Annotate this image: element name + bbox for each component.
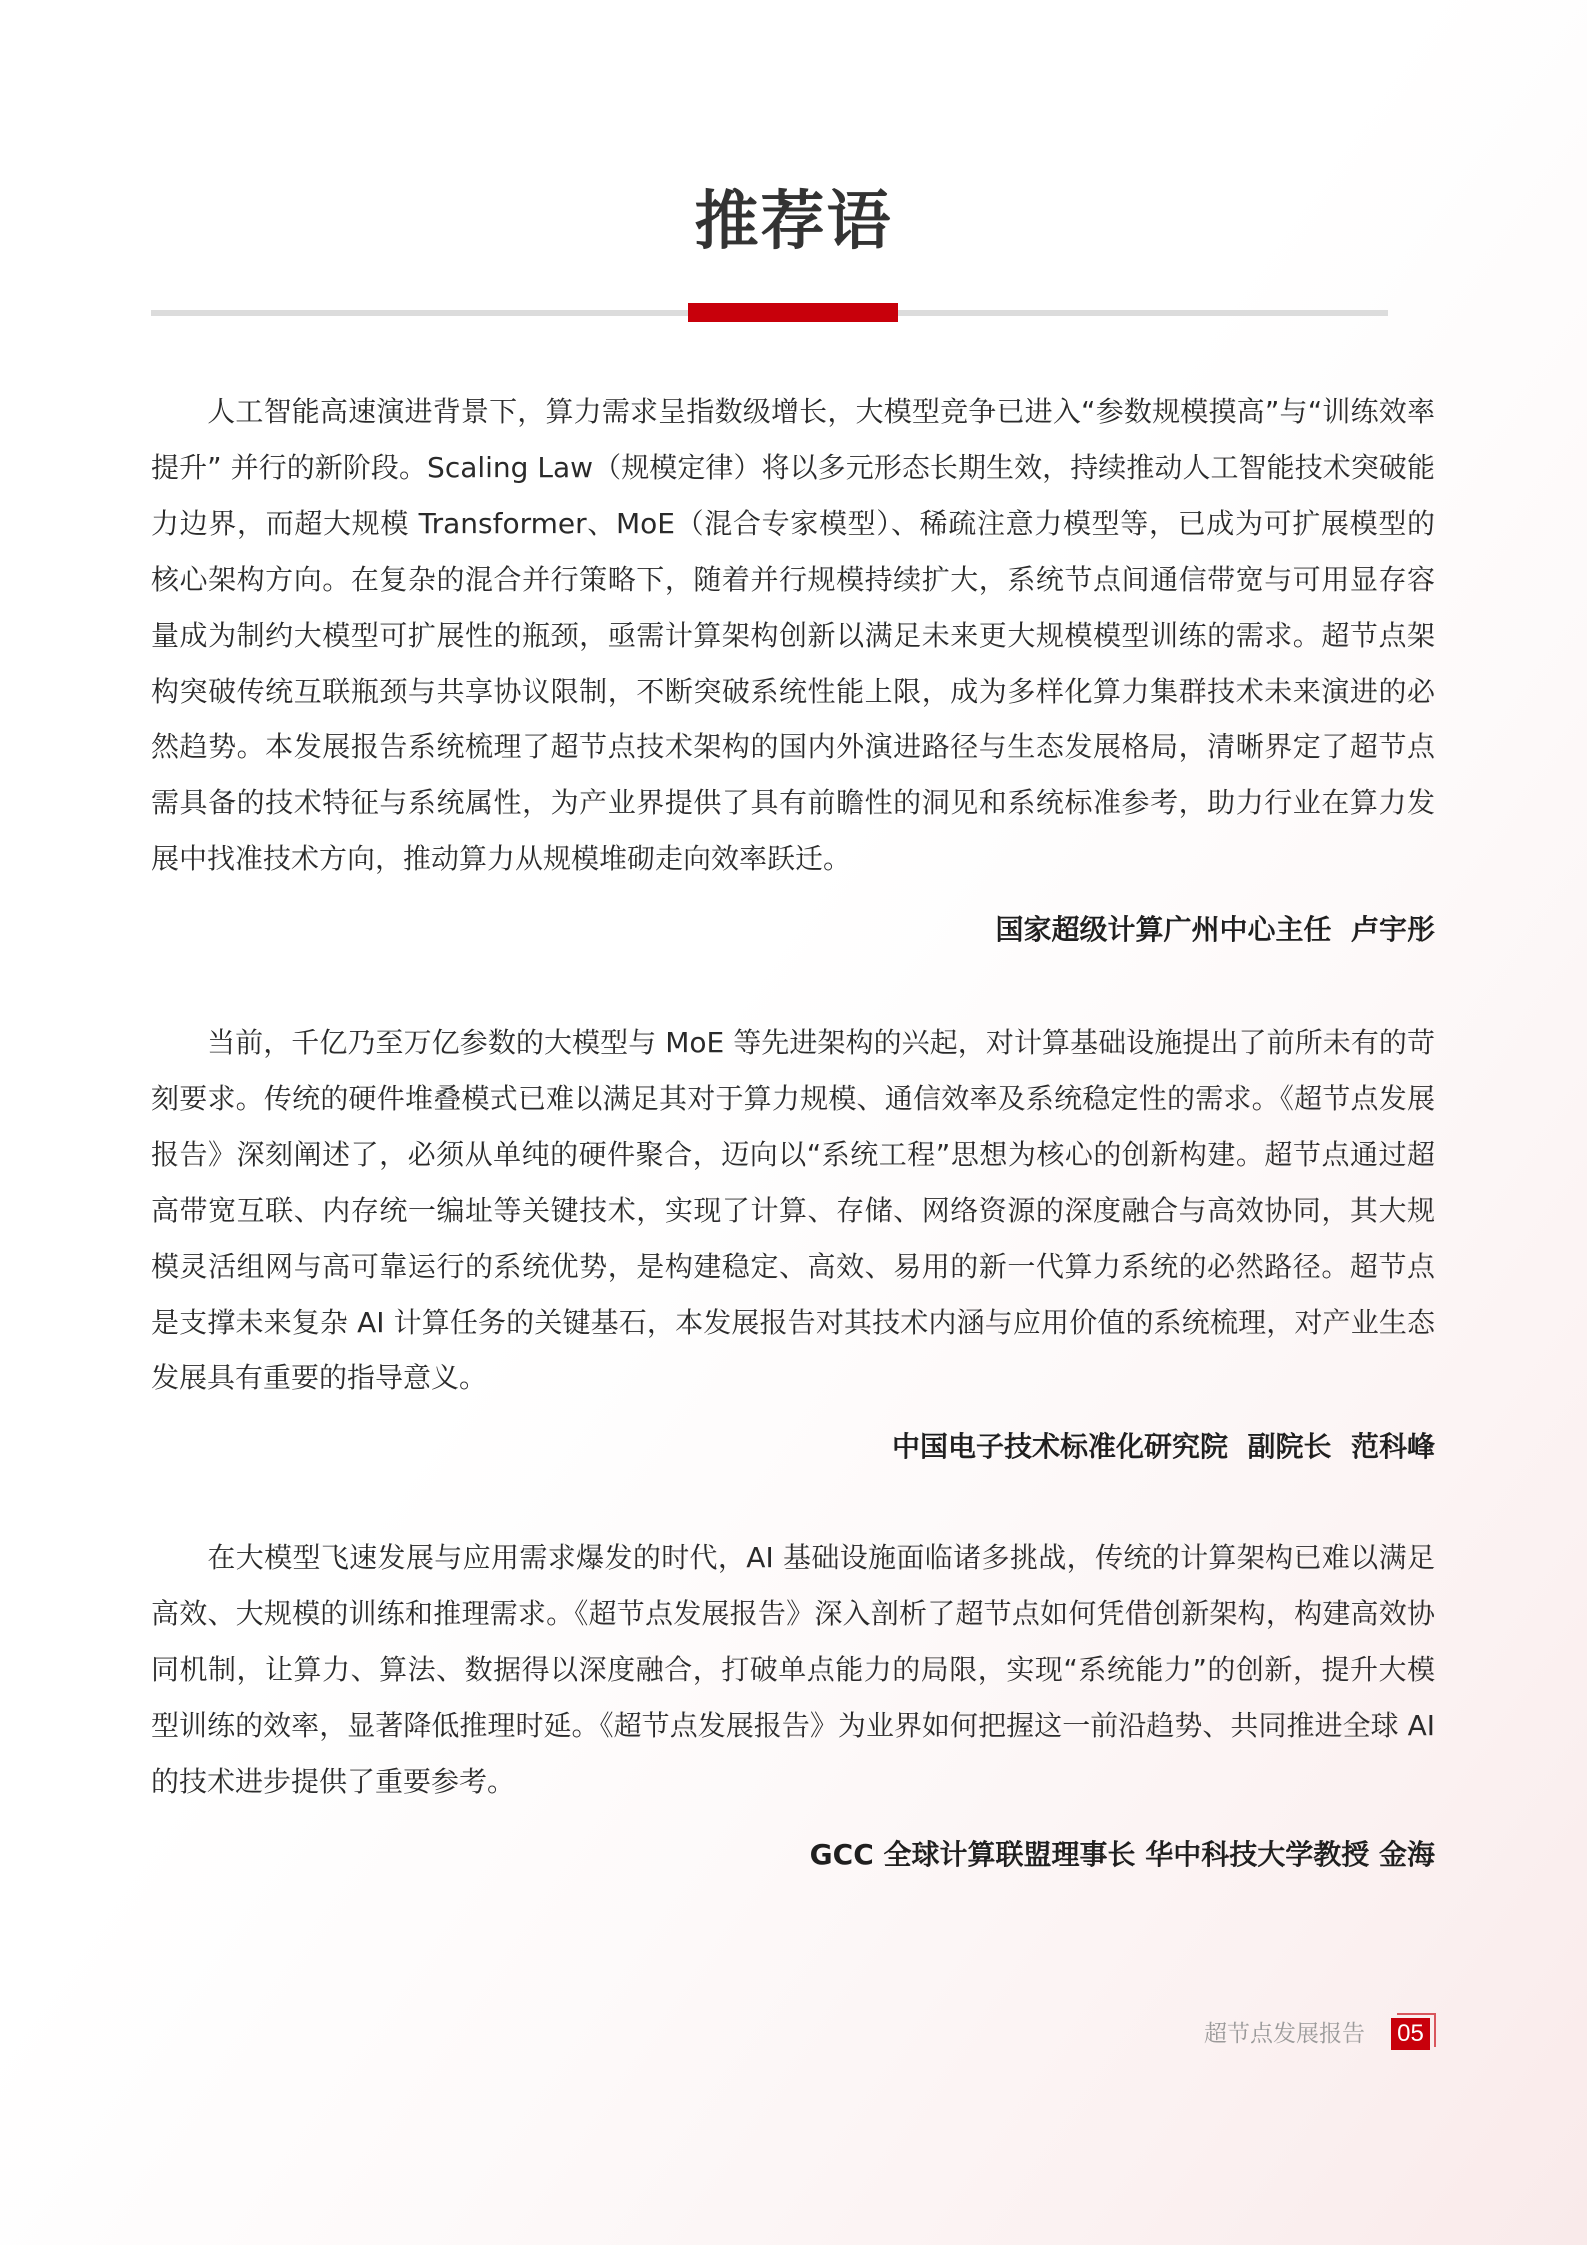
title-accent-bar [688, 303, 898, 322]
recommendation-text: 人工智能高速演进背景下，算力需求呈指数级增长，大模型竞争已进入“参数规模摸高”与… [151, 395, 1435, 875]
page-title: 推荐语 [0, 182, 1587, 262]
recommendation-paragraph-3: 在大模型飞速发展与应用需求爆发的时代，AI 基础设施面临诸多挑战，传统的计算架构… [151, 1530, 1435, 1810]
recommendation-paragraph-1: 人工智能高速演进背景下，算力需求呈指数级增长，大模型竞争已进入“参数规模摸高”与… [151, 384, 1435, 887]
recommendation-signature-3: GCC 全球计算联盟理事长 华中科技大学教授 金海 [810, 1835, 1435, 1875]
page-number: 05 [1391, 2018, 1430, 2050]
recommendation-signature-2: 中国电子技术标准化研究院 副院长 范科峰 [892, 1427, 1435, 1467]
footer-report-name: 超节点发展报告 [1204, 2019, 1365, 2049]
recommendation-text: 当前，千亿乃至万亿参数的大模型与 MoE 等先进架构的兴起，对计算基础设施提出了… [151, 1026, 1435, 1394]
recommendation-signature-1: 国家超级计算广州中心主任 卢宇彤 [996, 910, 1436, 950]
recommendation-text: 在大模型飞速发展与应用需求爆发的时代，AI 基础设施面临诸多挑战，传统的计算架构… [151, 1541, 1435, 1798]
recommendation-paragraph-2: 当前，千亿乃至万亿参数的大模型与 MoE 等先进架构的兴起，对计算基础设施提出了… [151, 1015, 1435, 1406]
